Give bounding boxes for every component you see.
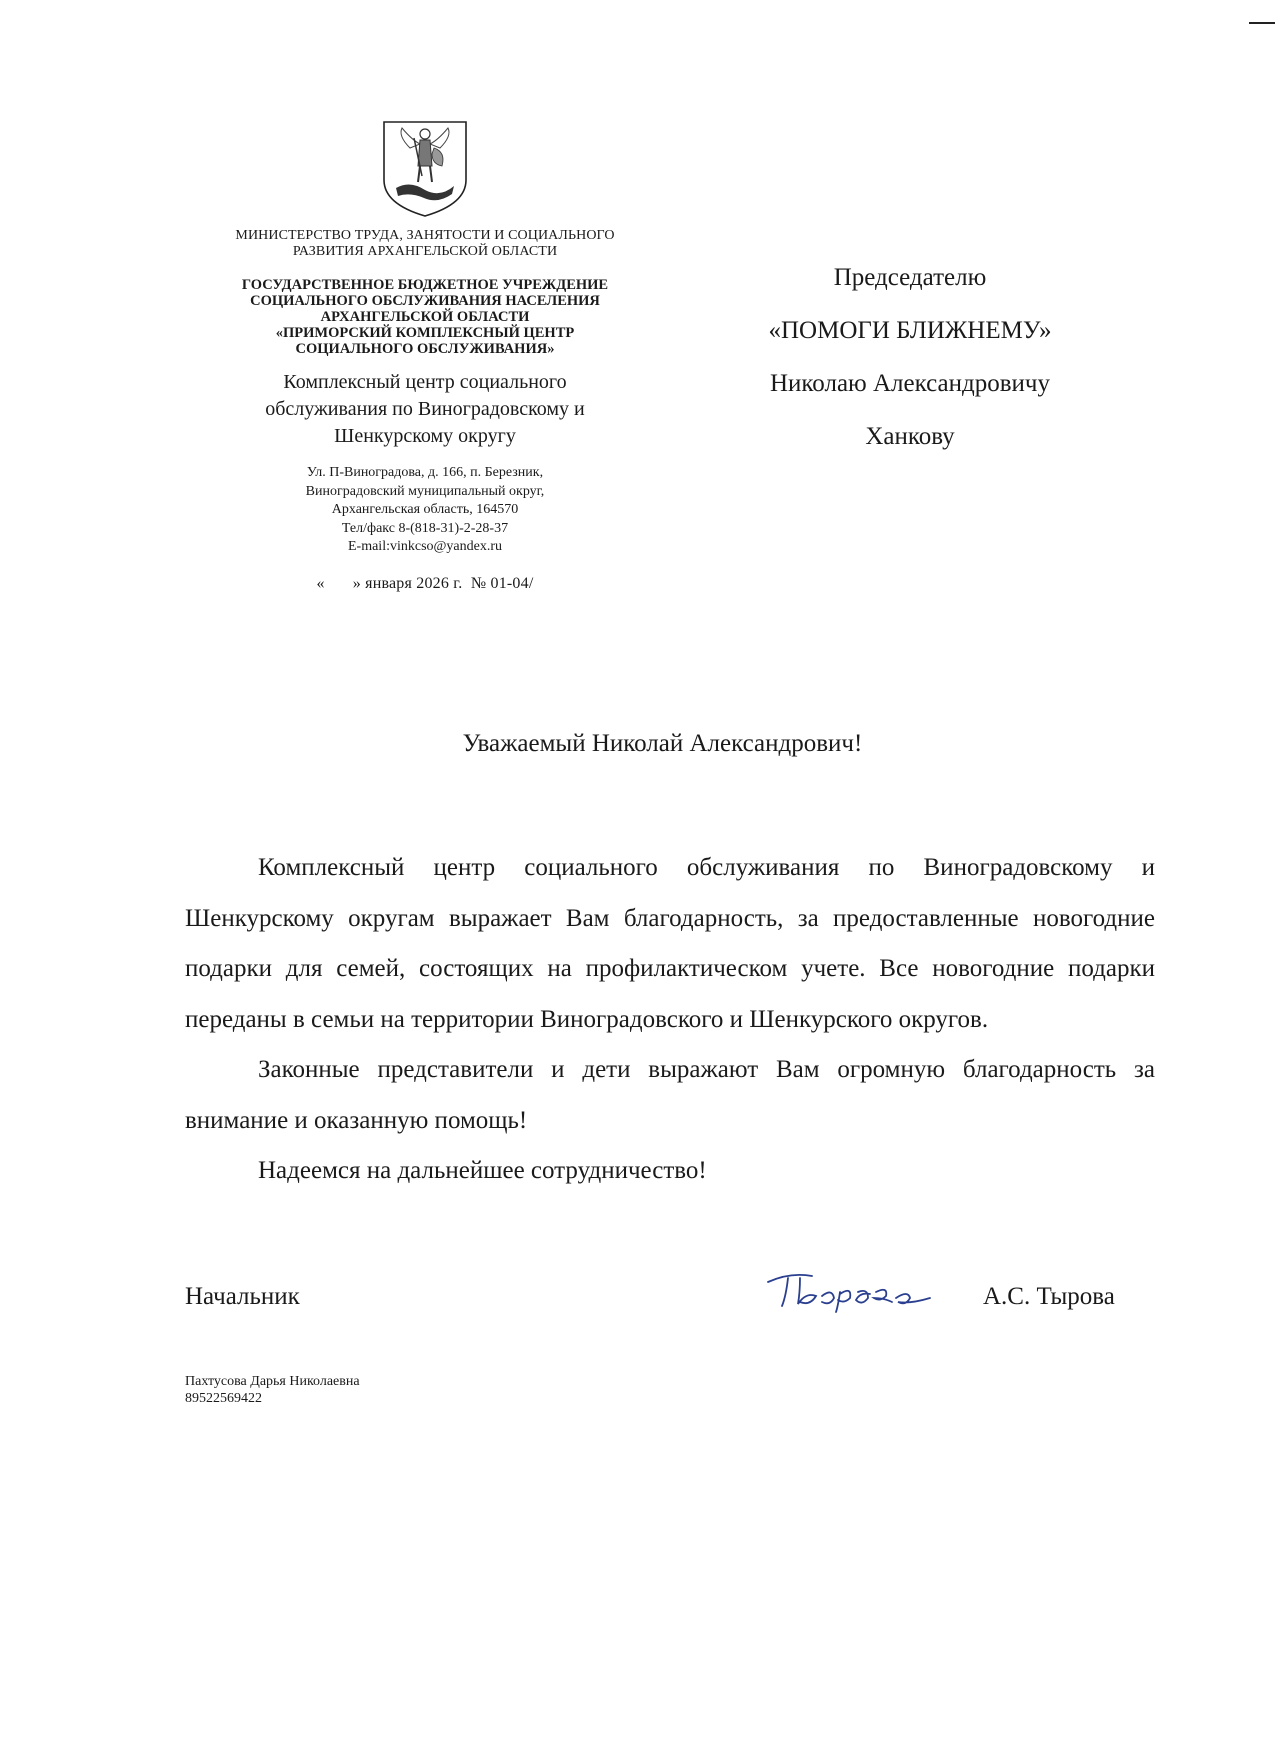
email: E-mail:vinkcso@yandex.ru [185, 538, 665, 557]
document-number: № 01-04/ [471, 575, 534, 593]
registration-line: «» января 2026 г. № 01-04/ [185, 575, 665, 593]
coat-of-arms-icon [380, 118, 470, 218]
signer-name: А.С. Тырова [983, 1283, 1115, 1311]
scan-edge-mark [1249, 22, 1275, 24]
contact-address: Ул. П-Виноградова, д. 166, п. Березник, … [185, 464, 665, 557]
handwritten-signature-icon [760, 1262, 960, 1322]
addressee-block: Председателю «ПОМОГИ БЛИЖНЕМУ» Николаю А… [700, 258, 1120, 470]
executor-phone: 89522569422 [185, 1390, 360, 1407]
signer-position: Начальник [185, 1283, 300, 1311]
executor-name: Пахтусова Дарья Николаевна [185, 1373, 360, 1390]
letter-body: Комплексный центр социального обслуживан… [185, 843, 1155, 1197]
salutation: Уважаемый Николай Александрович! [0, 730, 1275, 758]
institution-name: ГОСУДАРСТВЕННОЕ БЮДЖЕТНОЕ УЧРЕЖДЕНИЕ СОЦ… [185, 277, 665, 357]
letterhead: МИНИСТЕРСТВО ТРУДА, ЗАНЯТОСТИ И СОЦИАЛЬН… [185, 118, 665, 593]
branch-name: Комплексный центр социального обслуживан… [185, 369, 665, 450]
body-paragraph: Надеемся на дальнейшее сотрудничество! [185, 1146, 1155, 1197]
executor-info: Пахтусова Дарья Николаевна 89522569422 [185, 1373, 360, 1407]
body-paragraph: Комплексный центр социального обслуживан… [185, 843, 1155, 1045]
body-paragraph: Законные представители и дети выражают В… [185, 1045, 1155, 1146]
ministry-name: МИНИСТЕРСТВО ТРУДА, ЗАНЯТОСТИ И СОЦИАЛЬН… [185, 228, 665, 260]
